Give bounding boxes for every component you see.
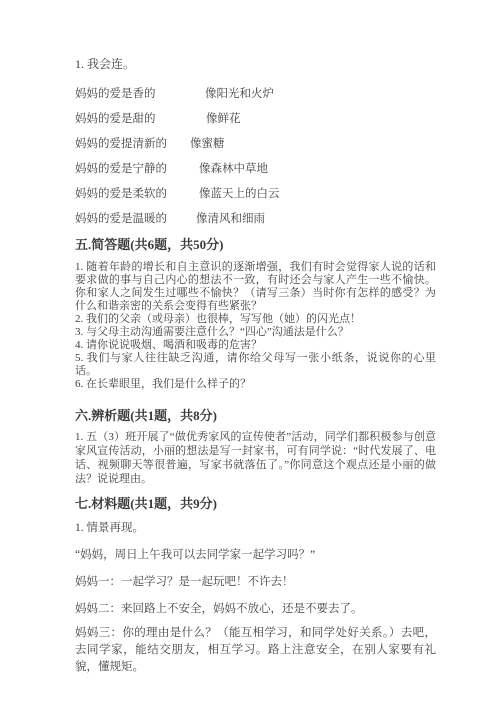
match-row: 妈妈的爱是甜的像鲜花 — [75, 112, 436, 126]
section5-header: 五.简答题(共6题，共50分) — [75, 237, 436, 253]
section5-question-list: 1. 随着年龄的增长和自主意识的逐渐增强，我们有时会觉得家人说的话和要求做的事与… — [75, 261, 436, 391]
section5-question: 4. 请你说说吸烟、喝酒和吸毒的危害？ — [75, 339, 436, 352]
section7-header: 七.材料题(共1题，共9分) — [75, 496, 436, 512]
section6-header: 六.辨析题(共1题，共8分) — [75, 408, 436, 424]
match-left-text: 妈妈的爱是柔软的 — [75, 187, 190, 201]
match-row: 妈妈的爱是温暖的像清风和细雨 — [75, 212, 436, 226]
section6-question: 1. 五（3）班开展了“做优秀家风的宣传使者”活动，同学们都积极参与创意家风宣传… — [75, 430, 436, 486]
section7-mom2-line: 妈妈二：来回路上不安全，妈妈不放心，还是不要去了。 — [75, 602, 436, 616]
match-right-text: 像清风和细雨 — [196, 212, 265, 226]
match-row: 妈妈的爱提清新的像蜜糖 — [75, 137, 436, 151]
match-right-text: 像蓝天上的白云 — [199, 187, 280, 201]
section5-question: 6. 在长辈眼里，我们是什么样子的？ — [75, 378, 436, 391]
match-right-text: 像蜜糖 — [190, 137, 225, 151]
section5-question: 2. 我们的父亲（或母亲）也很棒，写写他（她）的闪光点！ — [75, 313, 436, 326]
section5-question: 5. 我们与家人往往缺乏沟通，请你给父母写一张小纸条，说说你的心里话。 — [75, 352, 436, 378]
matching-exercise: 妈妈的爱是香的像阳光和火炉 妈妈的爱是甜的像鲜花 妈妈的爱提清新的像蜜糖 妈妈的… — [75, 87, 436, 226]
match-right-text: 像鲜花 — [206, 112, 241, 126]
section7-item-title: 1. 情景再现。 — [75, 521, 436, 535]
match-left-text: 妈妈的爱是温暖的 — [75, 212, 190, 226]
match-row: 妈妈的爱是香的像阳光和火炉 — [75, 87, 436, 101]
match-row: 妈妈的爱是宁静的像森林中草地 — [75, 162, 436, 176]
match-left-text: 妈妈的爱是宁静的 — [75, 162, 190, 176]
match-right-text: 像阳光和火炉 — [205, 87, 274, 101]
match-row: 妈妈的爱是柔软的像蓝天上的白云 — [75, 187, 436, 201]
match-left-text: 妈妈的爱是香的 — [75, 87, 190, 101]
section5-question: 1. 随着年龄的增长和自主意识的逐渐增强，我们有时会觉得家人说的话和要求做的事与… — [75, 261, 436, 313]
exam-paper-page: 1. 我会连。 妈妈的爱是香的像阳光和火炉 妈妈的爱是甜的像鲜花 妈妈的爱提清新… — [0, 0, 500, 707]
section7-mom1-line: 妈妈一：一起学习？是一起玩吧！不许去！ — [75, 575, 436, 589]
match-left-text: 妈妈的爱是甜的 — [75, 112, 190, 126]
section7-mom3-line: 妈妈三：你的理由是什么？（能互相学习，和同学处好关系。）去吧，去同学家，能结交朋… — [75, 625, 436, 676]
question1-title: 1. 我会连。 — [75, 57, 436, 71]
section7-child-quote: “妈妈，周日上午我可以去同学家一起学习吗？” — [75, 548, 436, 562]
match-left-text: 妈妈的爱提清新的 — [75, 137, 190, 151]
match-right-text: 像森林中草地 — [199, 162, 268, 176]
section5-question: 3. 与父母主动沟通需要注意什么？“四心”沟通法是什么？ — [75, 326, 436, 339]
